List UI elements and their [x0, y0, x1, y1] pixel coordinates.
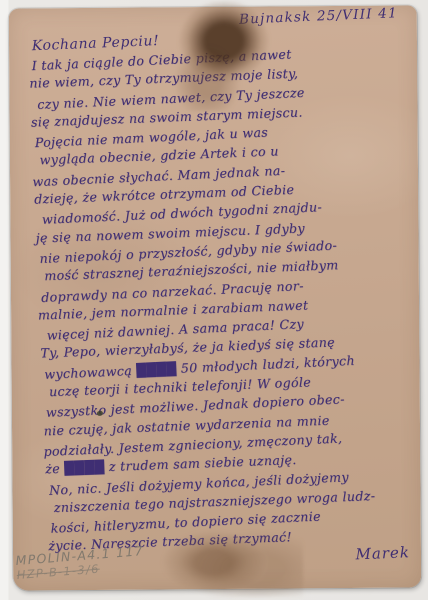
archival-marks: MPOLIN-A4.1 117 HZP-B-1-3/6 [15, 543, 145, 583]
postcard: Bujnaksk 25/VIII 41 Kochana Pepciu! I ta… [9, 5, 422, 590]
scan-background: Bujnaksk 25/VIII 41 Kochana Pepciu! I ta… [0, 0, 428, 600]
letter-body: I tak ja ciągle do Ciebie piszę, a nawet… [27, 39, 428, 557]
letter-content: Bujnaksk 25/VIII 41 Kochana Pepciu! I ta… [26, 4, 428, 576]
